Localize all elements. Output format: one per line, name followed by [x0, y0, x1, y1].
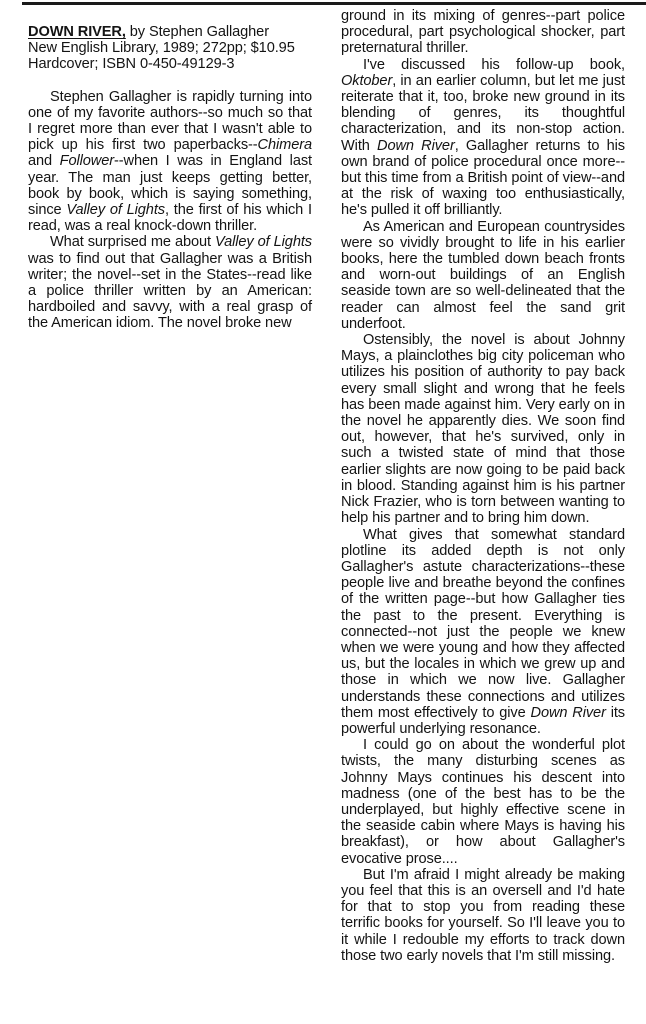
book-title: DOWN RIVER,: [28, 24, 126, 40]
paragraph-6: What gives that somewhat standard plotli…: [341, 527, 625, 738]
paragraph-7: I could go on about the wonderful plot t…: [341, 737, 625, 867]
book-header: DOWN RIVER, by Stephen Gallagher New Eng…: [28, 24, 312, 73]
paragraph-5: Ostensibly, the novel is about Johnny Ma…: [341, 332, 625, 526]
italic-title: Down River: [531, 705, 606, 721]
italic-title: Down River: [377, 138, 455, 154]
text-run: was to find out that Gallagher was a Bri…: [28, 251, 312, 332]
paragraph-3: I've discussed his follow-up book, Oktob…: [341, 57, 625, 219]
text-run: and: [28, 153, 60, 169]
book-format-isbn: Hardcover; ISBN 0-450-49129-3: [28, 56, 312, 72]
text-run: What gives that somewhat standard plotli…: [341, 527, 625, 721]
top-rule-divider: [22, 2, 646, 5]
italic-title: Follower: [60, 153, 114, 169]
right-column: ground in its mixing of genres--part pol…: [341, 8, 625, 964]
paragraph-2-continued: ground in its mixing of genres--part pol…: [341, 8, 625, 57]
paragraph-4: As American and European countrysides we…: [341, 219, 625, 332]
text-run: I've discussed his follow-up book,: [363, 57, 625, 73]
paragraph-8: But I'm afraid I might already be making…: [341, 867, 625, 964]
title-line: DOWN RIVER, by Stephen Gallagher: [28, 24, 312, 40]
paragraph-1: Stephen Gallagher is rapidly turning int…: [28, 89, 312, 235]
italic-title: Valley of Lights: [215, 234, 312, 250]
book-publication: New English Library, 1989; 272pp; $10.95: [28, 40, 312, 56]
text-run: What surprised me about: [50, 234, 215, 250]
italic-title: Valley of Lights: [66, 202, 165, 218]
left-column: DOWN RIVER, by Stephen Gallagher New Eng…: [28, 24, 312, 332]
paragraph-2: What surprised me about Valley of Lights…: [28, 234, 312, 331]
italic-title: Oktober: [341, 73, 392, 89]
book-author: by Stephen Gallagher: [126, 24, 269, 40]
italic-title: Chimera: [258, 137, 312, 153]
